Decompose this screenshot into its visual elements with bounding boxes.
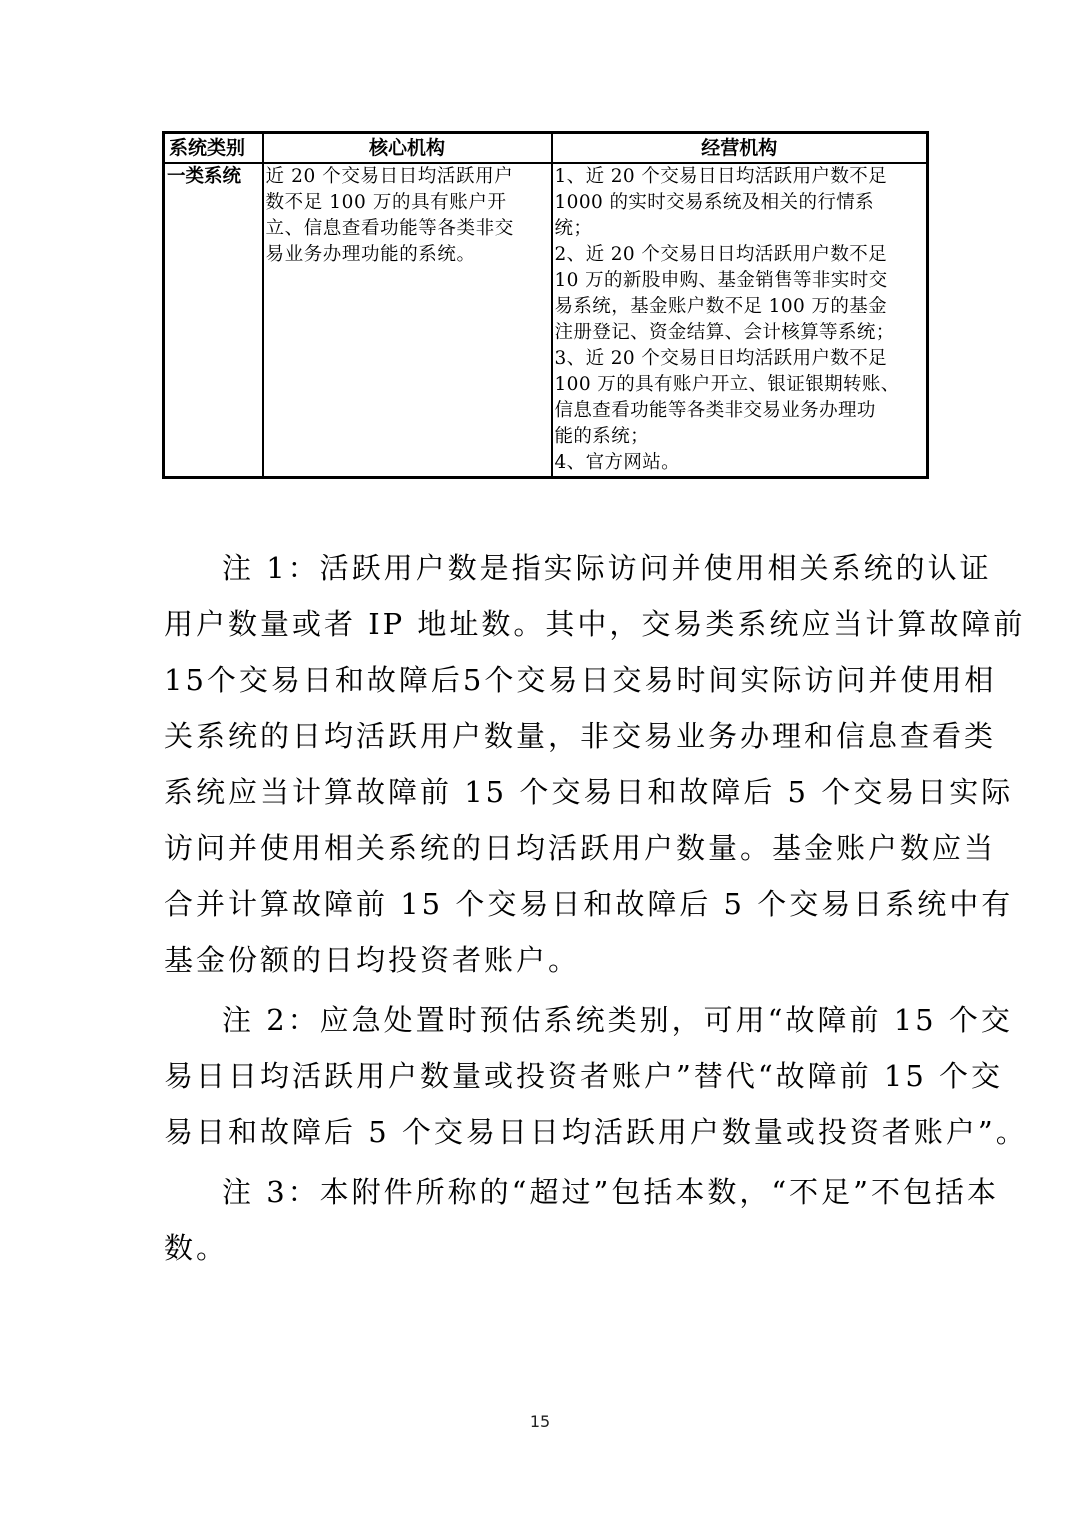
note-line: 数。: [164, 1220, 914, 1276]
business-line: 统；: [555, 216, 925, 242]
note-line: 易日日均活跃用户数量或投资者账户”替代“故障前 15 个交: [164, 1048, 914, 1104]
page-number: 15: [0, 1412, 1080, 1431]
note-line: 易日和故障后 5 个交易日日均活跃用户数量或投资者账户”。: [164, 1104, 914, 1160]
header-core-institution: 核心机构: [263, 133, 552, 164]
business-line: 1000 的实时交易系统及相关的行情系: [555, 190, 925, 216]
note-line: 系统应当计算故障前 15 个交易日和故障后 5 个交易日实际: [164, 764, 914, 820]
note-line: 用户数量或者 IP 地址数。其中，交易类系统应当计算故障前: [164, 596, 914, 652]
table-row: 一类系统 近 20 个交易日日均活跃用户 数不足 100 万的具有账户开 立、信…: [164, 163, 928, 478]
note-3: 注 3：本附件所称的“超过”包括本数，“不足”不包括本 数。: [164, 1164, 914, 1276]
note-line: 注 1：活跃用户数是指实际访问并使用相关系统的认证: [164, 540, 914, 596]
business-line: 10 万的新股申购、基金销售等非实时交: [555, 268, 925, 294]
core-line: 易业务办理功能的系统。: [266, 242, 549, 268]
note-line: 基金份额的日均投资者账户。: [164, 932, 914, 988]
document-page: 系统类别 核心机构 经营机构 一类系统 近 20 个交易日日均活跃用户 数不足 …: [0, 0, 1080, 1527]
business-line: 能的系统；: [555, 424, 925, 450]
core-line: 立、信息查看功能等各类非交: [266, 216, 549, 242]
note-line: 注 2：应急处置时预估系统类别，可用“故障前 15 个交: [164, 992, 914, 1048]
business-line: 4、官方网站。: [555, 450, 925, 476]
business-line: 2、近 20 个交易日日均活跃用户数不足: [555, 242, 925, 268]
table-header-row: 系统类别 核心机构 经营机构: [164, 133, 928, 164]
business-line: 1、近 20 个交易日日均活跃用户数不足: [555, 164, 925, 190]
business-line: 信息查看功能等各类非交易业务办理功: [555, 398, 925, 424]
note-line: 合并计算故障前 15 个交易日和故障后 5 个交易日系统中有: [164, 876, 914, 932]
business-line: 易系统，基金账户数不足 100 万的基金: [555, 294, 925, 320]
core-line: 数不足 100 万的具有账户开: [266, 190, 549, 216]
header-system-category: 系统类别: [164, 133, 263, 164]
system-category-table: 系统类别 核心机构 经营机构 一类系统 近 20 个交易日日均活跃用户 数不足 …: [162, 131, 929, 479]
note-line: 访问并使用相关系统的日均活跃用户数量。基金账户数应当: [164, 820, 914, 876]
business-line: 3、近 20 个交易日日均活跃用户数不足: [555, 346, 925, 372]
note-2: 注 2：应急处置时预估系统类别，可用“故障前 15 个交 易日日均活跃用户数量或…: [164, 992, 914, 1160]
note-line: 注 3：本附件所称的“超过”包括本数，“不足”不包括本: [164, 1164, 914, 1220]
core-institution-cell: 近 20 个交易日日均活跃用户 数不足 100 万的具有账户开 立、信息查看功能…: [263, 163, 552, 478]
note-1: 注 1：活跃用户数是指实际访问并使用相关系统的认证 用户数量或者 IP 地址数。…: [164, 540, 914, 988]
business-institution-cell: 1、近 20 个交易日日均活跃用户数不足 1000 的实时交易系统及相关的行情系…: [552, 163, 928, 478]
note-line: 15个交易日和故障后5个交易日交易时间实际访问并使用相: [164, 652, 914, 708]
core-line: 近 20 个交易日日均活跃用户: [266, 164, 549, 190]
notes-section: 注 1：活跃用户数是指实际访问并使用相关系统的认证 用户数量或者 IP 地址数。…: [164, 540, 914, 1280]
header-business-institution: 经营机构: [552, 133, 928, 164]
business-line: 注册登记、资金结算、会计核算等系统；: [555, 320, 925, 346]
note-line: 关系统的日均活跃用户数量，非交易业务办理和信息查看类: [164, 708, 914, 764]
business-line: 100 万的具有账户开立、银证银期转账、: [555, 372, 925, 398]
category-cell: 一类系统: [164, 163, 263, 478]
